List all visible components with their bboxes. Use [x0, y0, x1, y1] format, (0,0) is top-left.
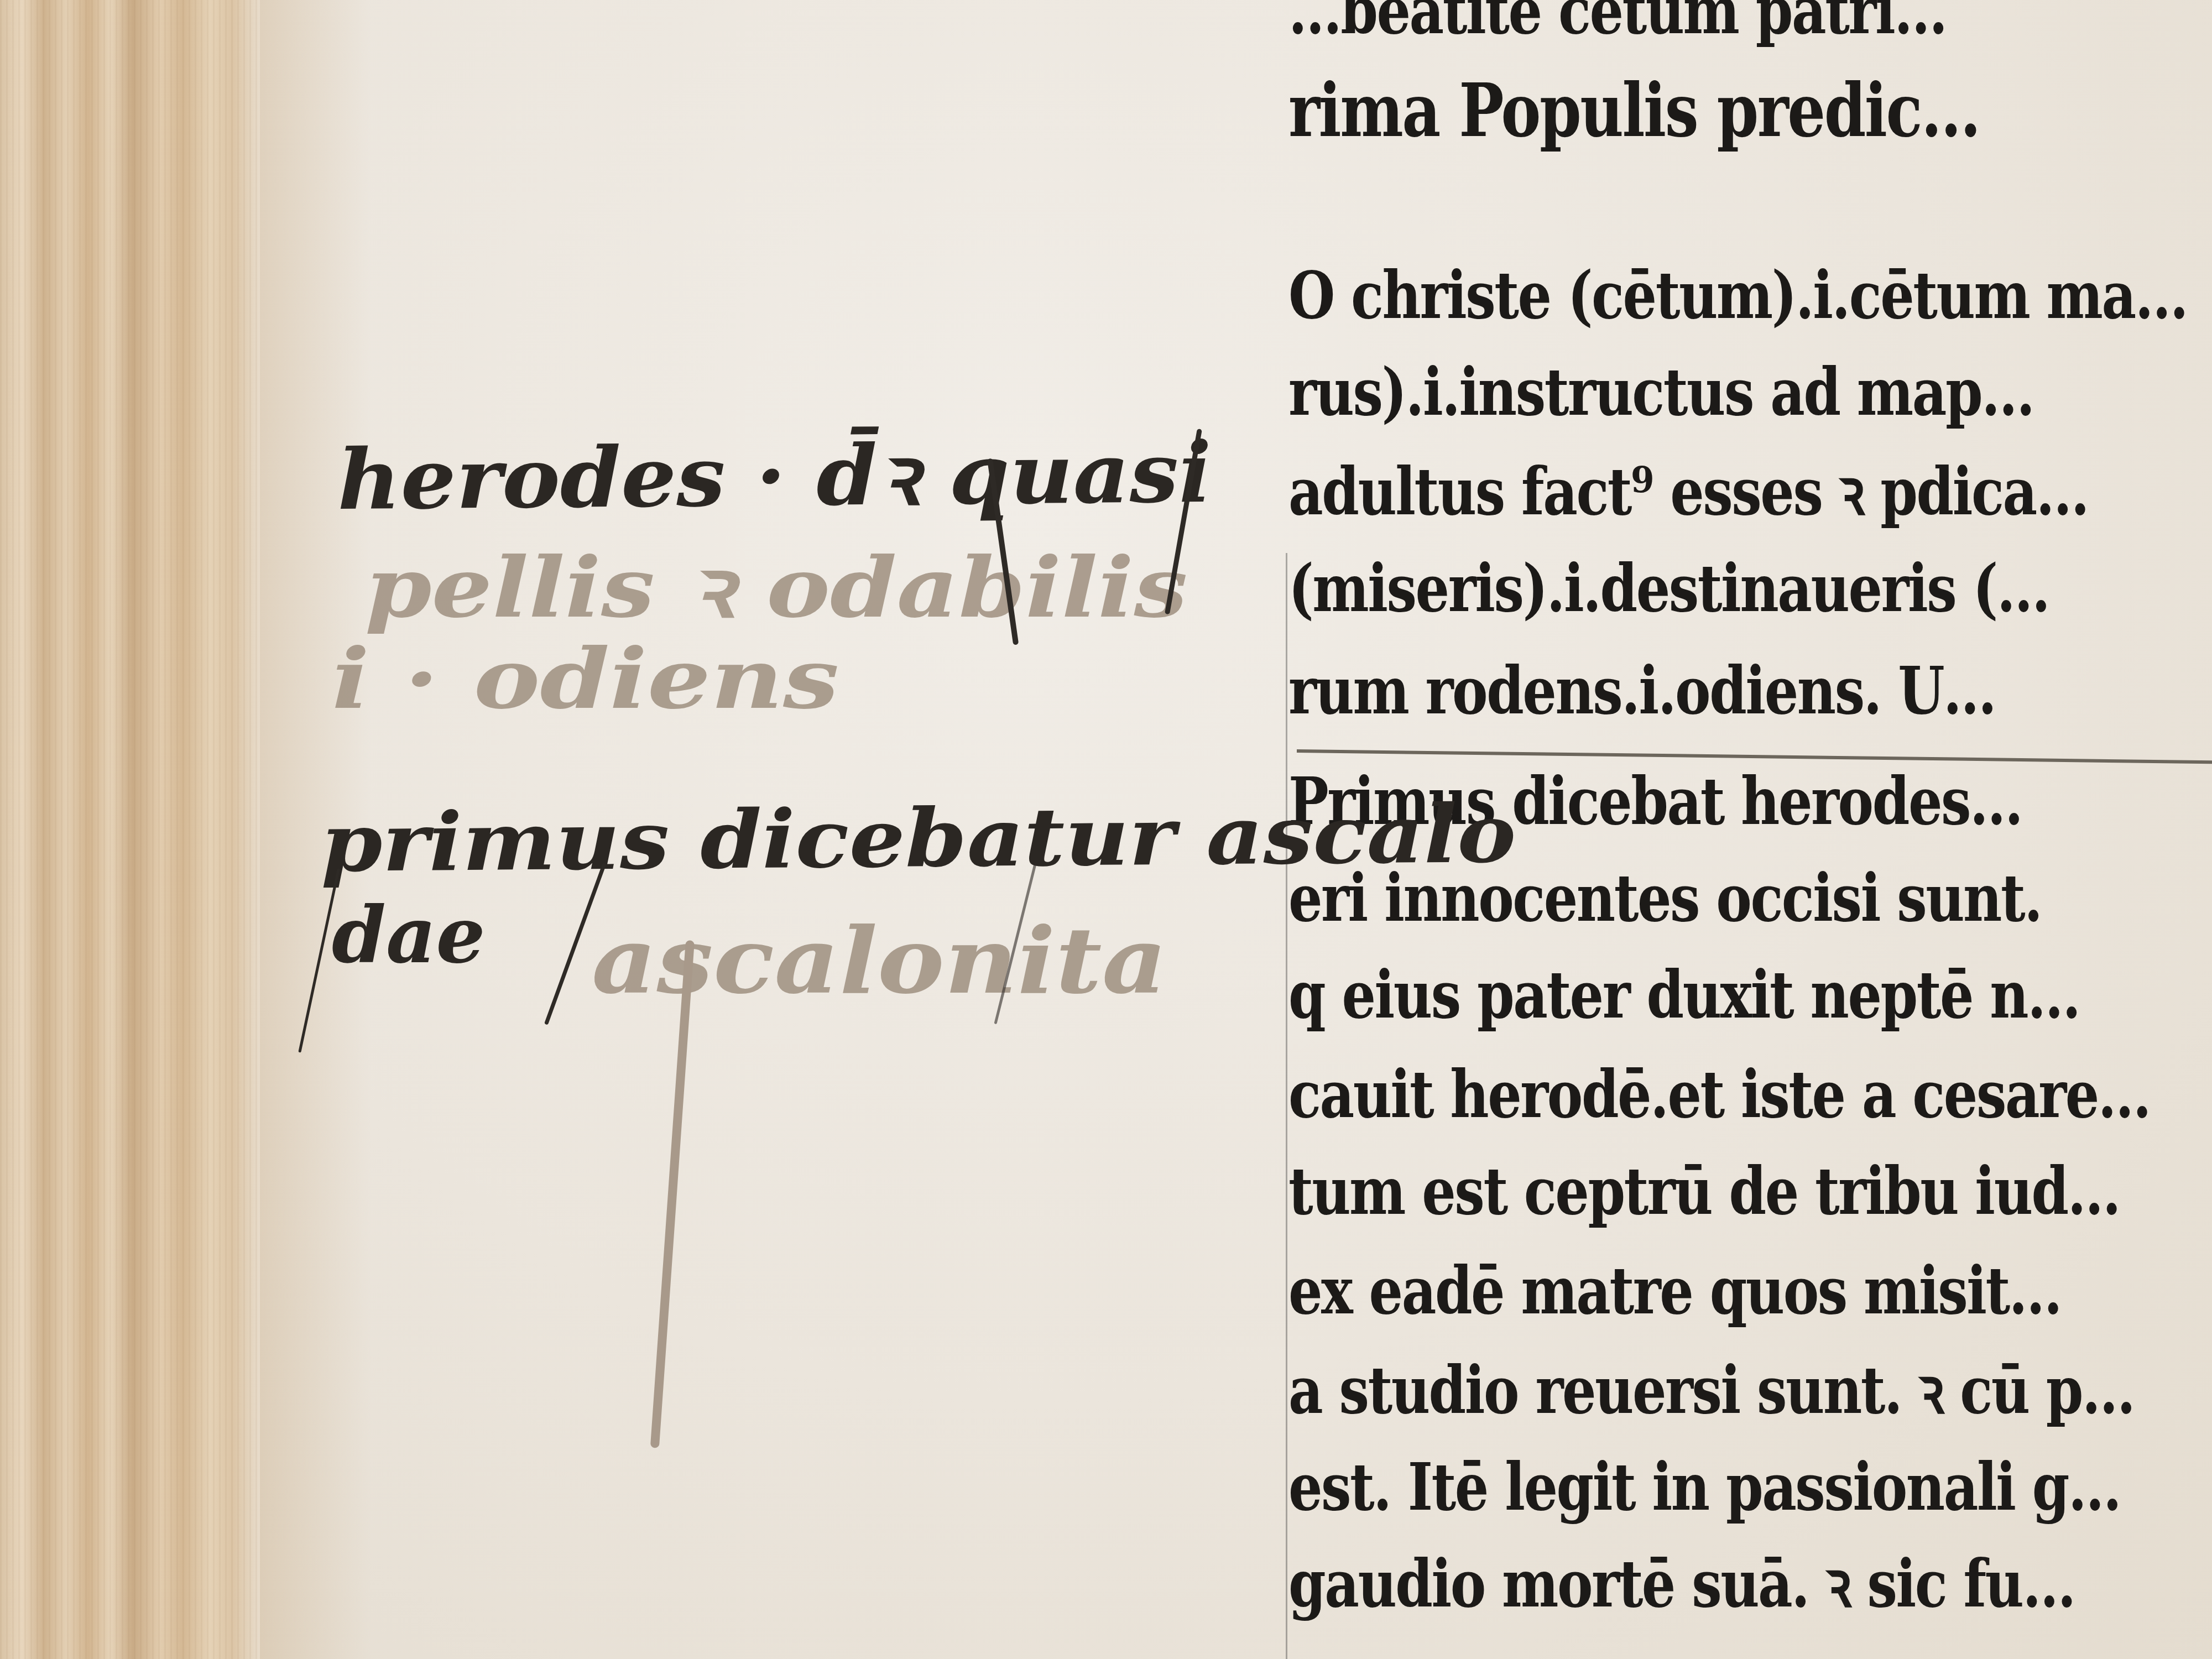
- printed-line: rus).i.instructus ad map…: [1288, 359, 2033, 425]
- printed-column-edge: [1286, 553, 1287, 1659]
- printed-line: O christe (cētum).i.cētum ma…: [1288, 263, 2187, 328]
- printed-line: q eius pater duxit neptē n…: [1288, 962, 2079, 1027]
- printed-line: est. Itē legit in passionali g…: [1288, 1454, 2120, 1520]
- marginal-note-faded: pellis ꝛ odabilis: [365, 528, 1188, 641]
- book-fore-edge: [0, 0, 260, 1659]
- marginal-note-faded: ascalonita: [592, 907, 1167, 1014]
- marginal-note-faded: i · odiens: [332, 630, 839, 728]
- printed-line: adultus fact⁹ esses ꝛ pdica…: [1288, 459, 2088, 524]
- printed-line: tum est ceptrū de tribu iud…: [1288, 1159, 2120, 1224]
- printed-line: rum rodens.i.odiens. U…: [1288, 658, 1995, 723]
- printed-line: ex eadē matre quos misit…: [1288, 1258, 2061, 1323]
- marginal-note: primus dicebatur ascalo: [320, 787, 1516, 890]
- printed-line: a studio reuersi sunt. ꝛ cū p…: [1288, 1358, 2134, 1423]
- marginal-note: dae: [332, 890, 486, 981]
- printed-line: …beatitè cētum patri…: [1288, 0, 1947, 43]
- printed-line: cauit herodē.et iste a cesare…: [1288, 1062, 2150, 1127]
- printed-line-heading: rima Populis predic…: [1288, 75, 1980, 148]
- printed-line: gaudio mortē suā. ꝛ sic fu…: [1288, 1551, 2075, 1616]
- marginal-note: herodes · d̄ꝛ quasi: [337, 413, 1212, 533]
- printed-line: (miseris).i.destinaueris (…: [1288, 556, 2049, 621]
